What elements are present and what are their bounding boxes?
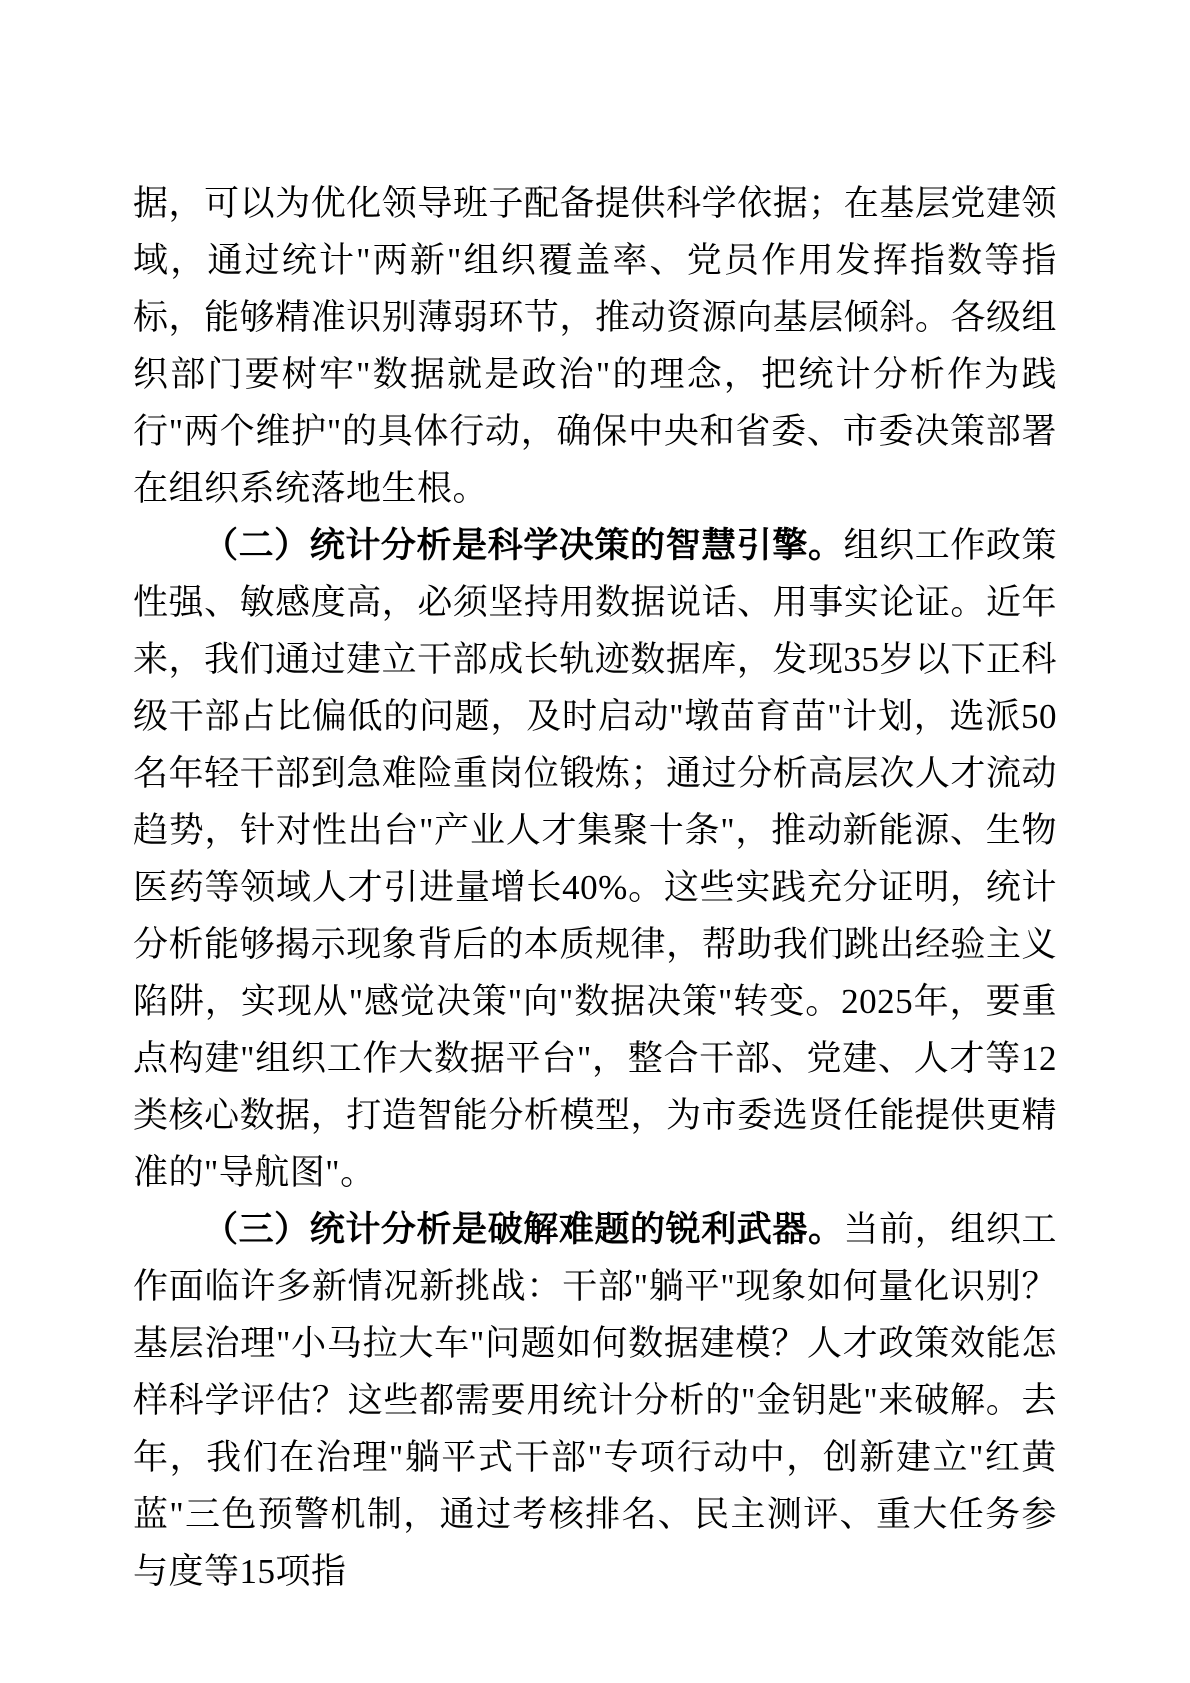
- paragraph-section-3: （三）统计分析是破解难题的锐利武器。当前，组织工作面临许多新情况新挑战：干部"躺…: [133, 1201, 1057, 1600]
- document-body: 据，可以为优化领导班子配备提供科学依据；在基层党建领域，通过统计"两新"组织覆盖…: [133, 175, 1057, 1600]
- paragraph-text: 据，可以为优化领导班子配备提供科学依据；在基层党建领域，通过统计"两新"组织覆盖…: [133, 184, 1057, 508]
- section-heading: （二）统计分析是科学决策的智慧引擎。: [203, 526, 844, 565]
- paragraph-section-2: （二）统计分析是科学决策的智慧引擎。组织工作政策性强、敏感度高，必须坚持用数据说…: [133, 517, 1057, 1201]
- document-page: 据，可以为优化领导班子配备提供科学依据；在基层党建领域，通过统计"两新"组织覆盖…: [0, 0, 1190, 1683]
- paragraph-continuation: 据，可以为优化领导班子配备提供科学依据；在基层党建领域，通过统计"两新"组织覆盖…: [133, 175, 1057, 517]
- section-heading: （三）统计分析是破解难题的锐利武器。: [203, 1210, 844, 1249]
- paragraph-text: 当前，组织工作面临许多新情况新挑战：干部"躺平"现象如何量化识别？基层治理"小马…: [133, 1210, 1057, 1591]
- paragraph-text: 组织工作政策性强、敏感度高，必须坚持用数据说话、用事实论证。近年来，我们通过建立…: [133, 526, 1057, 1192]
